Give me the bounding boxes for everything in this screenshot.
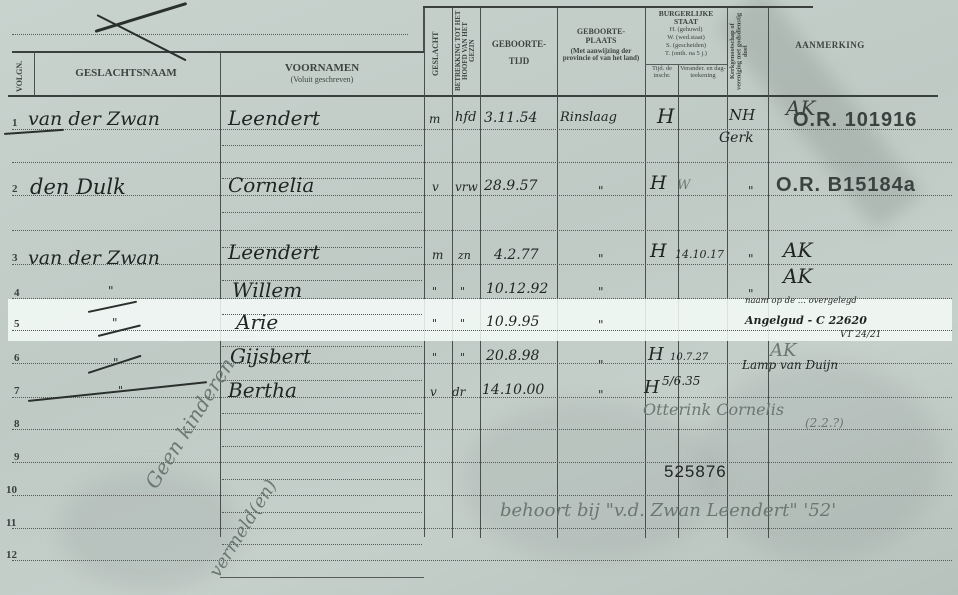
diagonal-note-1: Geen kinderen (140, 353, 239, 492)
remark-cell-2: Lamp van Duijn (742, 358, 838, 372)
relation-cell: hfd (455, 110, 477, 125)
sex-cell: m (429, 112, 440, 126)
birth-place-cell: " (598, 184, 604, 198)
civil-status-cell: H (650, 240, 667, 262)
row-number: 8 (14, 418, 20, 430)
remark-stamp: O.R. B15184a (776, 174, 916, 197)
header-geboorteplaats-sub: (Met aanwijzing der provincie of van het… (560, 48, 642, 63)
registration-card: VOLGN. GESLACHTSNAAM VOORNAMEN (Voluit g… (0, 0, 958, 595)
header-geboortetijd-1: GEBOORTE- (482, 40, 556, 49)
header-bs-verander: Verander. en dag-teekening (679, 66, 727, 80)
church-cell: NH (729, 106, 755, 124)
row-number: 11 (6, 517, 16, 529)
change-cell: 5/6.35 (662, 374, 700, 388)
relation-cell: " (460, 351, 465, 364)
church-cell: " (748, 184, 754, 198)
header-bs-tijd: Tijd. de inschr. (646, 66, 678, 80)
remark-cell: AK (783, 264, 812, 288)
surname-cell: den Dulk (30, 175, 126, 199)
church-note-cell: Gerk (719, 130, 754, 146)
row-number: 6 (14, 352, 20, 364)
header-kerkgenootschap: Kerkgenootschap of vereniging met godsdi… (730, 10, 766, 92)
row-line-11 (12, 528, 952, 529)
bottom-note: behoort bij "v.d. Zwan Leendert" '52' (500, 500, 836, 521)
birth-date-cell: 10.9.95 (486, 314, 539, 330)
relation-cell: " (460, 317, 465, 330)
sex-cell: v (432, 180, 439, 194)
civil-status-cell: H (648, 344, 664, 365)
remark-note-line-2: Angelgud - C 22620 (745, 314, 867, 327)
given-name-cell: Leendert (228, 106, 320, 130)
header-voornamen: VOORNAMEN (222, 63, 422, 75)
remark-note-line-1: naam op de ... overgelegd (745, 296, 857, 306)
row-number: 4 (14, 287, 20, 299)
header-betrekking: BETREKKING TOT HET HOOFD VAN HET GEZIN (455, 10, 479, 92)
card-number: 525876 (664, 462, 727, 482)
row-number: 3 (12, 252, 18, 264)
sex-cell: m (432, 248, 443, 262)
birth-place-cell: " (598, 358, 604, 372)
relation-cell: zn (458, 249, 471, 262)
row-number: 10 (6, 484, 17, 496)
header-bs-h: H. (gehuwd) (647, 27, 725, 34)
surname-ditto: " (113, 356, 119, 370)
header-geslachtsnaam: GESLACHTSNAAM (36, 68, 216, 80)
row-number: 9 (14, 451, 20, 463)
birth-date-cell: 3.11.54 (484, 110, 537, 126)
header-geslacht: GESLACHT (432, 26, 440, 81)
given-name-cell: Arie (236, 310, 278, 334)
row-number: 5 (14, 318, 20, 330)
col-divider (768, 8, 769, 538)
header-bs-t: T. (onth. na 5 j.) (647, 51, 725, 58)
header-volgnr: VOLGN. (16, 62, 24, 92)
row-line-1b (12, 162, 952, 163)
sub-line (222, 446, 422, 447)
birth-date-cell: 28.9.57 (484, 178, 537, 194)
given-name-cell: Gijsbert (230, 344, 311, 368)
remark-pencil-note-2: (2.2.?) (805, 416, 844, 430)
surname-cell: van der Zwan (28, 108, 160, 130)
remark-pencil-note: Otterink Cornelis (643, 400, 784, 419)
church-cell: " (748, 252, 754, 266)
relation-cell: dr (452, 385, 465, 399)
stain (700, 360, 940, 560)
given-name-cell: Cornelia (228, 173, 314, 197)
cross-mark-stroke (95, 2, 188, 33)
change-cell: 14.10.17 (675, 248, 724, 261)
birth-place-cell: " (598, 388, 604, 402)
col-divider (645, 8, 646, 538)
surname-cell: van der Zwan (28, 247, 160, 269)
surname-ditto: " (112, 316, 118, 330)
birth-place-cell: " (598, 252, 604, 266)
relation-cell: vrw (455, 180, 478, 194)
birth-date-cell: 14.10.00 (482, 382, 544, 398)
header-bs-w: W. (wed.staat) (647, 35, 725, 42)
header-geboorteplaats-2: PLAATS (559, 37, 643, 45)
cross-mark-stroke (97, 14, 187, 61)
birth-place-cell: " (598, 318, 604, 332)
header-frame-left (423, 6, 425, 52)
col-divider (34, 52, 35, 96)
sub-line (222, 544, 422, 545)
col-divider (220, 52, 221, 537)
top-dotted-line (12, 34, 408, 35)
col-divider (727, 8, 728, 538)
col-divider (480, 8, 481, 538)
row-number: 2 (12, 183, 18, 195)
header-bs-2: STAAT (647, 18, 725, 26)
birth-place-cell: " (598, 285, 604, 299)
given-name-cell: Leendert (228, 240, 320, 264)
sub-line (222, 479, 422, 480)
sex-cell: " (432, 285, 437, 298)
col-divider (424, 52, 425, 537)
sex-cell: " (432, 317, 437, 330)
row-line-5 (12, 330, 952, 331)
civil-status-cell: H (657, 104, 674, 128)
relation-cell: " (460, 285, 465, 298)
surname-ditto: " (118, 384, 123, 397)
row-number: 12 (6, 549, 17, 561)
header-aanmerking: AANMERKING (770, 41, 890, 50)
civil-status-cell: H (644, 377, 660, 398)
given-name-cell: Bertha (228, 378, 297, 402)
sub-line (222, 413, 422, 414)
row-number: 7 (14, 385, 20, 397)
civil-status-cell: H (650, 172, 667, 194)
col-divider (452, 8, 453, 538)
remark-cell: AK (783, 238, 812, 262)
remark-note-line-3: VT 24/21 (840, 330, 881, 340)
header-voornamen-sub: (Voluit geschreven) (222, 76, 422, 84)
row-line-2b (12, 230, 952, 231)
row-line-10 (12, 495, 952, 496)
birth-place-cell: Rinslaag (560, 110, 617, 125)
sex-cell: v (430, 385, 437, 399)
row-line-12 (12, 560, 952, 561)
birth-date-cell: 10.12.92 (486, 281, 548, 297)
sub-line (222, 145, 422, 146)
change-cell: W (677, 178, 690, 193)
change-cell: 10.7.27 (670, 352, 708, 363)
header-geboortetijd-2: TIJD (482, 57, 556, 66)
row-number: 1 (12, 117, 18, 129)
header-top-rule-right (423, 6, 813, 8)
sex-cell: " (432, 351, 437, 364)
sub-line (222, 212, 422, 213)
remark-stamp: O.R. 101916 (793, 109, 917, 132)
header-top-rule (12, 51, 424, 53)
col-divider (557, 8, 558, 538)
birth-date-cell: 4.2.77 (494, 247, 539, 263)
surname-ditto: " (108, 284, 114, 298)
table-bottom (220, 577, 424, 578)
given-name-cell: Willem (232, 278, 302, 302)
header-bs-s: S. (gescheiden) (647, 43, 725, 50)
birth-date-cell: 20.8.98 (486, 348, 539, 364)
